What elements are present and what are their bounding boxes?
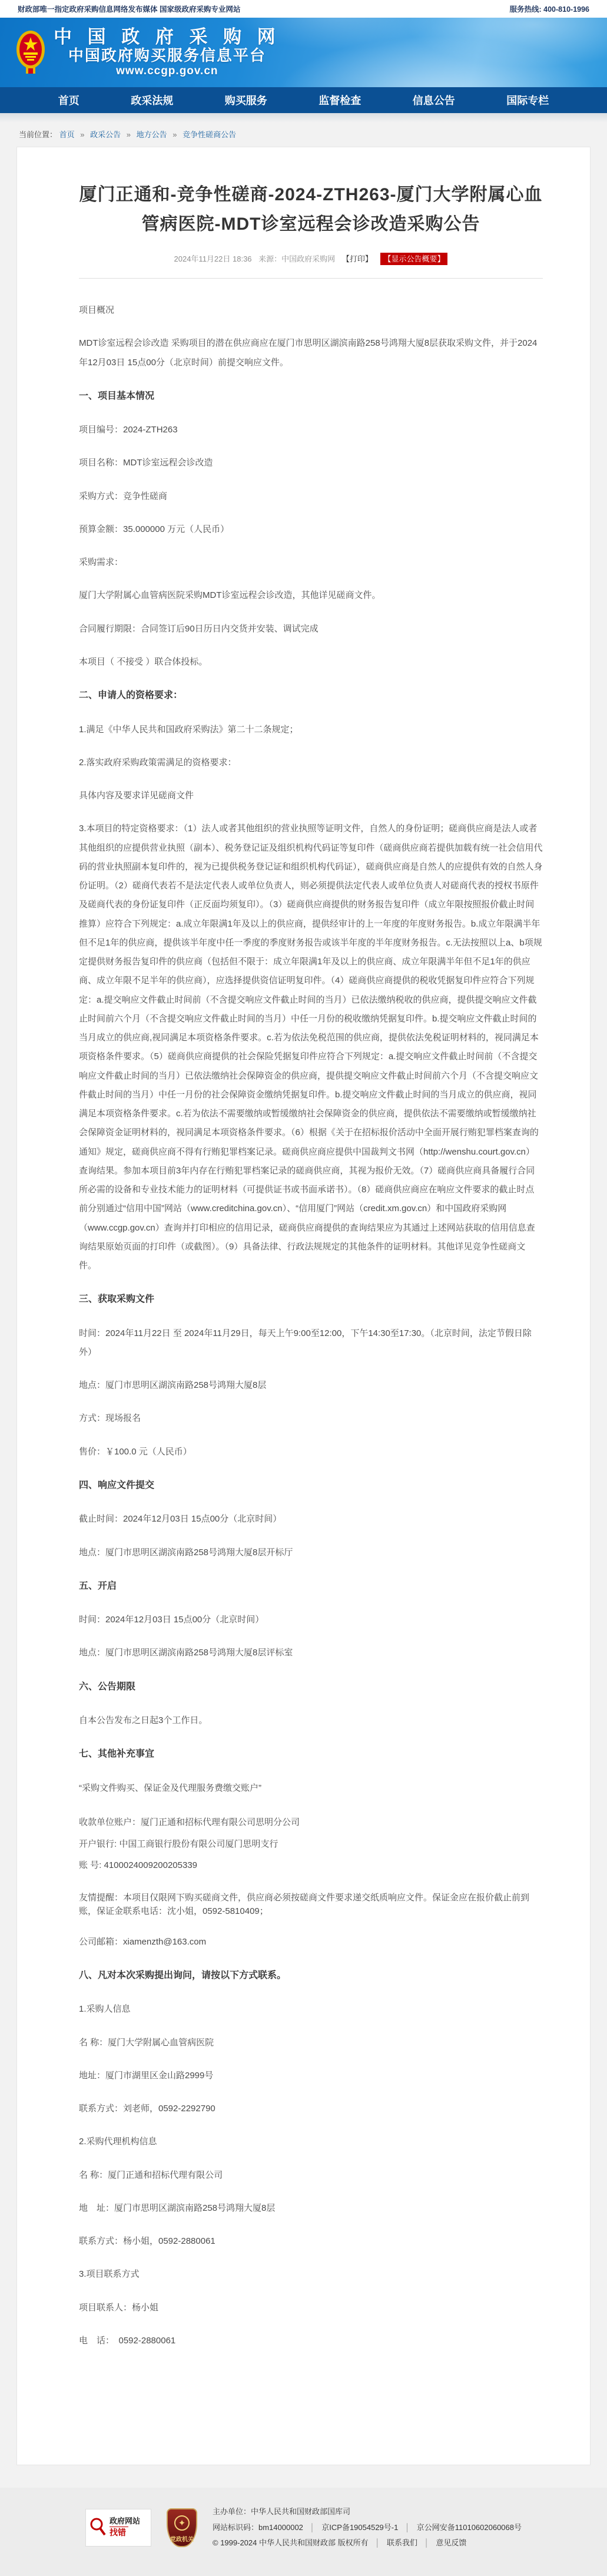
article-paragraph: 友情提醒：本项目仅限网下购买磋商文件，供应商必须按磋商文件要求递交纸质响应文件。… [79, 1891, 543, 1919]
site-header: 中 国 政 府 采 购 网 中国政府购买服务信息平台 www.ccgp.gov.… [0, 18, 607, 87]
article-paragraph: 公司邮箱：xiamenzth@163.com [79, 1933, 543, 1952]
section-heading: 三、获取采购文件 [79, 1289, 543, 1310]
footer: 政府网站 找错 ✦ 党政机关 主办单位：中华人民共和国财政部国库司 网站标识码：… [0, 2488, 607, 2576]
footer-divider: │ [424, 2538, 429, 2547]
breadcrumb-link-home[interactable]: 首页 [59, 130, 75, 139]
article-paragraph: 采购需求： [79, 553, 543, 572]
article-body: 项目概况MDT诊室远程会诊改造 采购项目的潜在供应商应在厦门市思明区湖滨南路25… [79, 301, 543, 2350]
party-badge-label: 党政机关 [170, 2534, 194, 2543]
site-title: 中 国 政 府 采 购 网 [54, 27, 281, 47]
article-paragraph: 联系方式：杨小姐，0592-2880061 [79, 2232, 543, 2251]
footer-host-line: 主办单位：中华人民共和国财政部国库司 [213, 2504, 522, 2520]
breadcrumb-separator: » [173, 130, 177, 139]
article-meta: 2024年11月22日 18:36 来源：中国政府采购网 【打印】 【显示公告概… [79, 253, 543, 264]
article-paragraph: 名 称：厦门正通和招标代理有限公司 [79, 2166, 543, 2185]
nav-item-supervision[interactable]: 监督检查 [319, 92, 361, 108]
find-error-badge-top: 政府网站 [110, 2517, 151, 2527]
footer-divider: │ [405, 2523, 410, 2532]
article-paragraph: 电 话： 0592-2880061 [79, 2332, 543, 2350]
article-paragraph: 方式：现场报名 [79, 1409, 543, 1428]
article-paragraph: 售价：￥100.0 元（人民币） [79, 1443, 543, 1461]
article-paragraph: 项目联系人：杨小姐 [79, 2299, 543, 2317]
article-paragraph: 具体内容及要求详见磋商文件 [79, 786, 543, 805]
article-line: 账 号: 4100024009200205339 [79, 1860, 197, 1870]
article-paragraph: 地点：厦门市思明区湖滨南路258号鸿翔大厦8层评标室 [79, 1644, 543, 1662]
article-paragraph: 预算金额：35.000000 万元（人民币） [79, 520, 543, 539]
topbar: 财政部唯一指定政府采购信息网络发布媒体 国家级政府采购专业网站 服务热线: 40… [0, 0, 607, 18]
article-paragraph: 1.采购人信息 [79, 2000, 543, 2019]
breadcrumb-link-local-notices[interactable]: 地方公告 [137, 130, 167, 139]
nav-item-purchase-services[interactable]: 购买服务 [225, 92, 267, 108]
section-heading: 五、开启 [79, 1576, 543, 1596]
footer-copyright: © 1999-2024 中华人民共和国财政部 版权所有 [213, 2538, 369, 2547]
article-paragraph: 名 称：厦门大学附属心血管病医院 [79, 2033, 543, 2052]
section-heading: 八、凡对本次采购提出询问，请按以下方式联系。 [79, 1966, 543, 1986]
article-paragraph: 2.采购代理机构信息 [79, 2132, 543, 2151]
section-heading: 一、项目基本情况 [79, 386, 543, 406]
article-paragraph: 时间：2024年11月22日 至 2024年11月29日，每天上午9:00至12… [79, 1324, 543, 1363]
article-paragraph: 采购方式：竞争性磋商 [79, 487, 543, 506]
article-paragraph: 地 址：厦门市思明区湖滨南路258号鸿翔大厦8层 [79, 2199, 543, 2218]
article-paragraph: 合同履行期限：合同签订后90日历日内交货并安装、调试完成 [79, 620, 543, 639]
article-paragraph: 自本公告发布之日起3个工作日。 [79, 1711, 543, 1730]
article-paragraph: 地址：厦门市湖里区金山路2999号 [79, 2066, 543, 2085]
article-paragraph: 3.项目联系方式 [79, 2265, 543, 2284]
article-paragraph: 时间：2024年12月03日 15点00分（北京时间） [79, 1611, 543, 1629]
section-heading: 六、公告期限 [79, 1677, 543, 1697]
article-paragraph: MDT诊室远程会诊改造 采购项目的潜在供应商应在厦门市思明区湖滨南路258号鸿翔… [79, 334, 543, 372]
article-line: 收款单位账户：厦门正通和招标代理有限公司思明分公司 [79, 1817, 300, 1827]
article-paragraph: 项目编号：2024-ZTH263 [79, 421, 543, 439]
footer-psb-link[interactable]: 京公网安备11010602060068号 [417, 2523, 522, 2532]
footer-feedback-link[interactable]: 意见反馈 [436, 2538, 466, 2547]
breadcrumb-label: 当前位置： [19, 130, 57, 139]
footer-site-code: 网站标识码：bm14000002 [213, 2523, 303, 2532]
page-title: 厦门正通和-竞争性磋商-2024-ZTH263-厦门大学附属心血管病医院-MDT… [79, 180, 543, 239]
topbar-hotline: 服务热线: 400-810-1996 [510, 4, 589, 14]
article-paragraph: 3.本项目的特定资格要求：（1）法人或者其他组织的营业执照等证明文件，自然人的身… [79, 819, 543, 1275]
party-government-badge[interactable]: ✦ 党政机关 [167, 2508, 197, 2547]
breadcrumb-link-procurement-notices[interactable]: 政采公告 [90, 130, 121, 139]
magnifier-icon [89, 2517, 107, 2538]
nav-item-regulations[interactable]: 政采法规 [131, 92, 173, 108]
announcement-card: 厦门正通和-竞争性磋商-2024-ZTH263-厦门大学附属心血管病医院-MDT… [16, 147, 591, 2465]
nav-item-international[interactable]: 国际专栏 [506, 92, 549, 108]
nav-item-announcements[interactable]: 信息公告 [413, 92, 455, 108]
breadcrumb-separator: » [127, 130, 131, 139]
article-paragraph: 联系方式：刘老师，0592-2292790 [79, 2099, 543, 2118]
article-paragraph: 2.落实政府采购政策需满足的资格要求： [79, 753, 543, 772]
footer-contact-link[interactable]: 联系我们 [387, 2538, 417, 2547]
site-subtitle: 中国政府购买服务信息平台 [54, 47, 281, 65]
footer-icp-link[interactable]: 京ICP备19054529号-1 [321, 2523, 398, 2532]
article-line: 开户银行: 中国工商银行股份有限公司厦门思明支行 [79, 1839, 278, 1849]
article-source: 来源：中国政府采购网 [258, 254, 335, 263]
section-heading: 七、其他补充事宜 [79, 1744, 543, 1764]
article-paragraph: “采购文件购买、保证金及代理服务费缴交账户” [79, 1779, 543, 1798]
meta-divider [79, 278, 543, 279]
footer-divider: │ [310, 2523, 315, 2532]
party-emblem-icon: ✦ [174, 2515, 190, 2531]
publish-date: 2024年11月22日 18:36 [174, 254, 252, 263]
main-nav: 首页 政采法规 购买服务 监督检查 信息公告 国际专栏 [0, 87, 607, 113]
print-button[interactable]: 【打印】 [342, 254, 373, 263]
article-paragraph: 厦门大学附属心血管病医院采购MDT诊室远程会诊改造，其他详见磋商文件。 [79, 586, 543, 605]
footer-text-block: 主办单位：中华人民共和国财政部国库司 网站标识码：bm14000002 │ 京I… [213, 2504, 522, 2551]
article-paragraph: 截止时间：2024年12月03日 15点00分（北京时间） [79, 1510, 543, 1529]
nav-shadow-strip [0, 113, 607, 123]
article-paragraph: 1.满足《中华人民共和国政府采购法》第二十二条规定； [79, 720, 543, 739]
article-paragraph: 地点：厦门市思明区湖滨南路258号鸿翔大厦8层开标厅 [79, 1543, 543, 1562]
national-emblem-logo [16, 30, 45, 75]
find-error-badge-bottom: 找错 [110, 2527, 128, 2539]
breadcrumb-separator: » [80, 130, 84, 139]
section-heading: 二、申请人的资格要求： [79, 686, 543, 706]
article-paragraph: 项目名称：MDT诊室远程会诊改造 [79, 454, 543, 472]
site-branding: 中 国 政 府 采 购 网 中国政府购买服务信息平台 www.ccgp.gov.… [54, 27, 281, 78]
site-url: www.ccgp.gov.cn [54, 65, 281, 78]
article-paragraph: 项目概况 [79, 301, 543, 320]
article-paragraph: 收款单位账户：厦门正通和招标代理有限公司思明分公司开户银行: 中国工商银行股份有… [79, 1812, 543, 1877]
article-paragraph: 地点：厦门市思明区湖滨南路258号鸿翔大厦8层 [79, 1376, 543, 1395]
breadcrumb: 当前位置： 首页 » 政采公告 » 地方公告 » 竞争性磋商公告 [0, 123, 607, 147]
nav-item-home[interactable]: 首页 [58, 92, 79, 108]
footer-divider: │ [375, 2538, 380, 2547]
breadcrumb-link-competitive-negotiation[interactable]: 竞争性磋商公告 [183, 130, 236, 139]
show-summary-button[interactable]: 【显示公告概要】 [380, 253, 447, 265]
gov-site-error-badge[interactable]: 政府网站 找错 [85, 2509, 151, 2547]
article-paragraph: 本项目（ 不接受 ）联合体投标。 [79, 653, 543, 672]
section-heading: 四、响应文件提交 [79, 1476, 543, 1496]
topbar-slogan: 财政部唯一指定政府采购信息网络发布媒体 国家级政府采购专业网站 [18, 4, 240, 14]
